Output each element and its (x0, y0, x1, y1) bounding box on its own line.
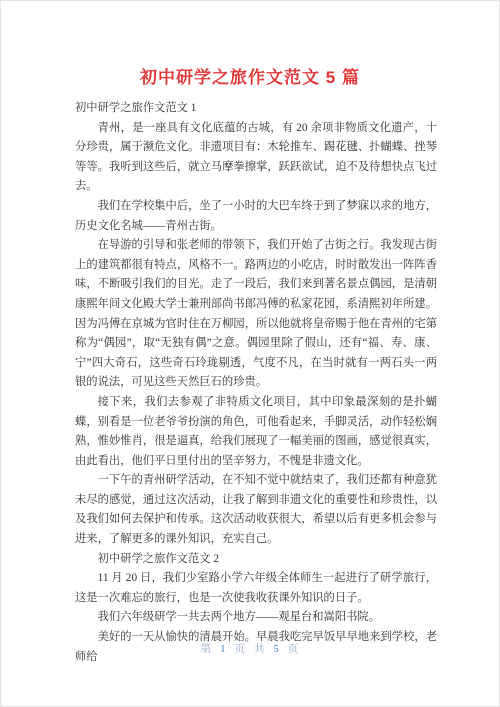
total-page-number: 5 (274, 644, 280, 655)
paragraph: 一下午的青州研学活动，在不知不觉中就结束了，我们还都有种意犹未尽的感觉，通过这次… (75, 471, 437, 549)
paragraph: 我们六年级研学一共去两个地方——观星台和嵩阳书院。 (75, 608, 437, 628)
page-footer: 第1页共5页 (1, 641, 499, 656)
article-body: 初中研学之旅作文范文 1 青州，是一座具有文化底蕴的古城，有 20 余项非物质文… (1, 99, 499, 667)
paragraph: 青州，是一座具有文化底蕴的古城，有 20 余项非物质文化遗产，十分珍贵，属于濒危… (75, 119, 437, 197)
footer-label: 页 (288, 644, 300, 655)
current-page-number: 1 (220, 644, 226, 655)
section-heading: 初中研学之旅作文范文 1 (75, 99, 437, 119)
paragraph: 11 月 20 日，我们少室路小学六年级全体师生一起进行了研学旅行，这是一次难忘… (75, 569, 437, 608)
document-page: 初中研学之旅作文范文 5 篇 初中研学之旅作文范文 1 青州，是一座具有文化底蕴… (0, 0, 500, 707)
paragraph: 我们在学校集中后，坐了一小时的大巴车终于到了梦寐以求的地方，历史文化名城——青州… (75, 197, 437, 236)
paragraph: 接下来，我们去参观了非特质文化项目，其中印象最深刻的是扑蝴蝶，别看是一位老爷爷扮… (75, 393, 437, 471)
page-title: 初中研学之旅作文范文 5 篇 (1, 63, 499, 88)
footer-label: 共 (254, 644, 266, 655)
footer-label: 页 (235, 644, 247, 655)
footer-label: 第 (201, 644, 213, 655)
paragraph: 在导游的引导和张老师的带领下，我们开始了古街之行。我发现古街上的建筑都很有特点，… (75, 236, 437, 393)
section-heading: 初中研学之旅作文范文 2 (75, 550, 437, 570)
